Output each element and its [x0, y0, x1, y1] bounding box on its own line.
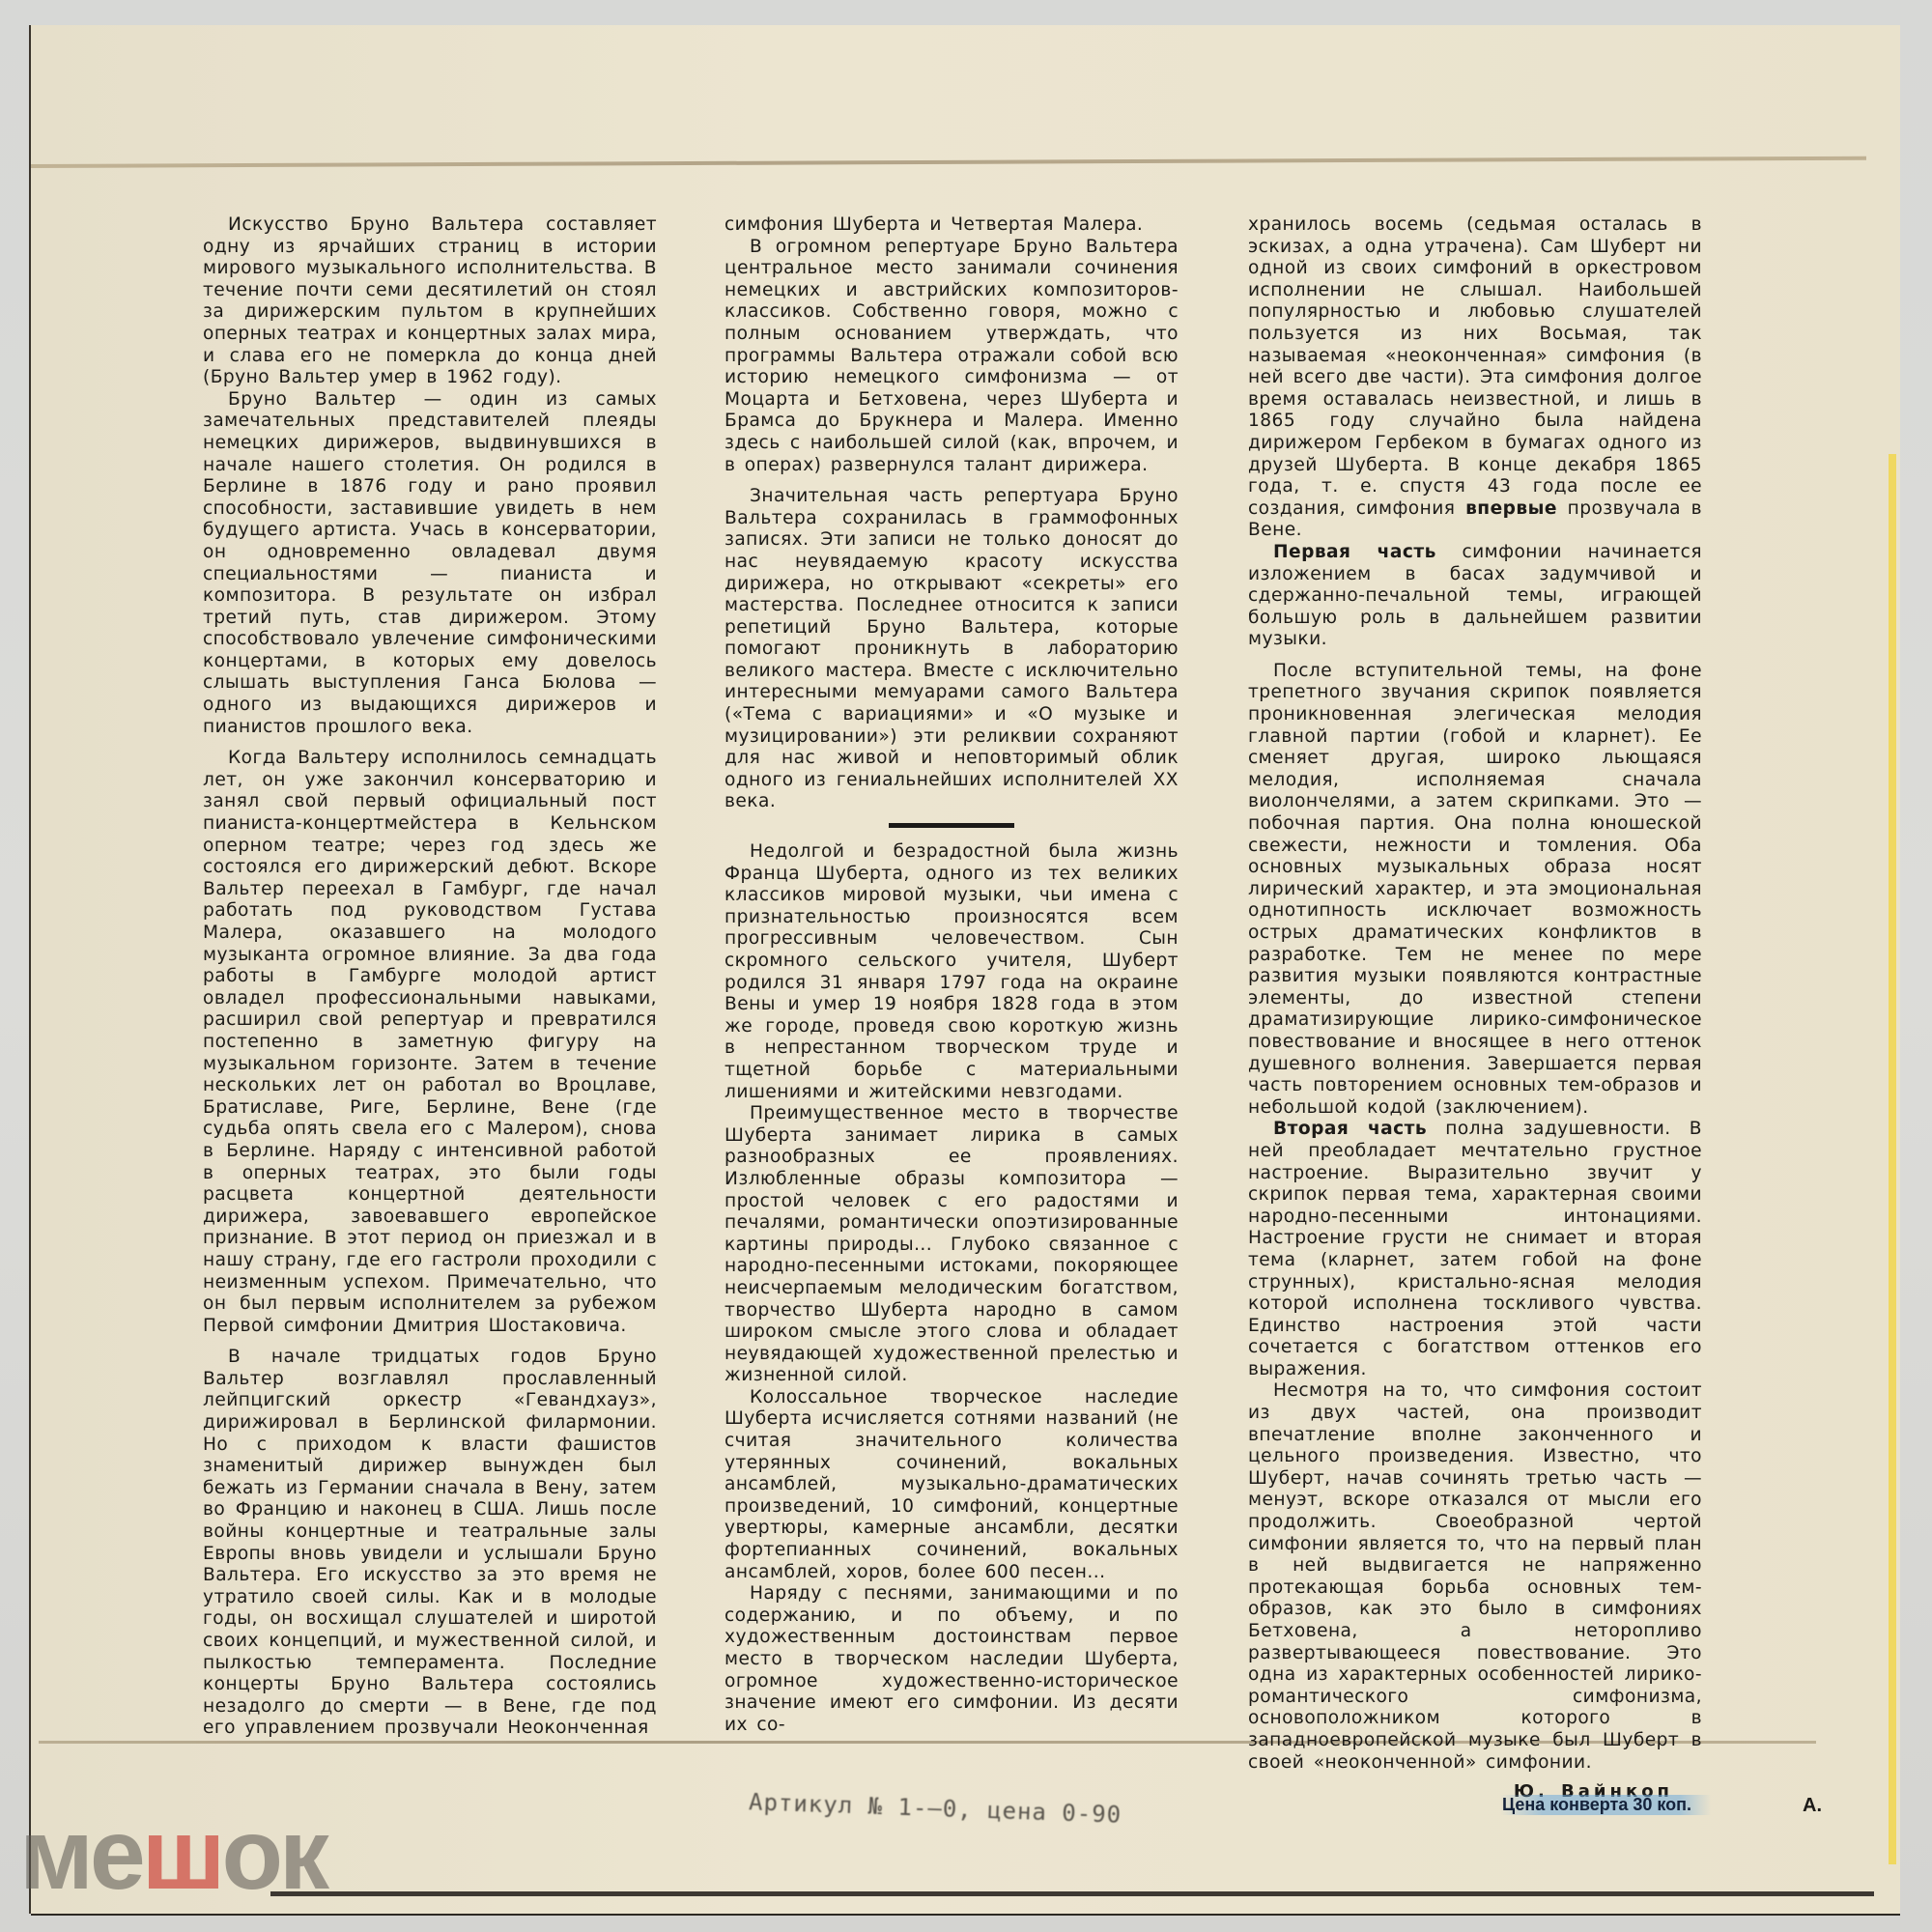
paragraph: После вступительной темы, на фоне трепет… — [1248, 661, 1702, 1119]
article-column-3: хранилось восемь (седьмая осталась в эск… — [1248, 214, 1702, 1804]
paragraph: Значительная часть репертуара Бруно Валь… — [724, 486, 1179, 813]
paragraph: В начале тридцатых годов Бруно Вальтер в… — [203, 1347, 657, 1740]
paragraph: Вторая часть полна задушевности. В ней п… — [1248, 1119, 1702, 1380]
bold-term: впервые — [1465, 498, 1557, 519]
article-column-2: симфония Шуберта и Четвертая Малера. В о… — [724, 214, 1179, 1736]
paragraph: симфония Шуберта и Четвертая Малера. — [724, 214, 1179, 237]
paragraph: Бруно Вальтер — один из самых замечатель… — [203, 389, 657, 739]
bold-term: Вторая часть — [1273, 1119, 1427, 1139]
yellow-edge-strip — [1889, 454, 1896, 1864]
paragraph: Первая часть симфонии начинается изложен… — [1248, 542, 1702, 651]
section-divider — [889, 823, 1014, 828]
paragraph: Колоссальное творческое наследие Шуберта… — [724, 1387, 1179, 1583]
bold-term: Первая часть — [1273, 542, 1436, 562]
paragraph: В огромном репертуаре Бруно Вальтера цен… — [724, 237, 1179, 477]
side-letter: А. — [1803, 1795, 1822, 1817]
paragraph: Искусство Бруно Вальтера составляет одну… — [203, 214, 657, 389]
paragraph: Недолгой и безрадостной была жизнь Франц… — [724, 841, 1179, 1103]
paragraph: хранилось восемь (седьмая осталась в эск… — [1248, 214, 1702, 542]
paragraph: Преимущественное место в творчестве Шубе… — [724, 1103, 1179, 1387]
shopping-bag-icon: ш — [142, 1799, 222, 1911]
paragraph: Когда Вальтеру исполнилось семнадцать ле… — [203, 748, 657, 1337]
sleeve-bottom-edge — [270, 1891, 1874, 1896]
watermark-logo: мешок — [19, 1797, 326, 1913]
article-column-1: Искусство Бруно Вальтера составляет одну… — [203, 214, 657, 1740]
paragraph: Наряду с песнями, занимающими и по содер… — [724, 1583, 1179, 1736]
sleeve-price: Цена конверта 30 коп. — [1500, 1795, 1711, 1815]
paragraph: Несмотря на то, что симфония состоит из … — [1248, 1380, 1702, 1774]
